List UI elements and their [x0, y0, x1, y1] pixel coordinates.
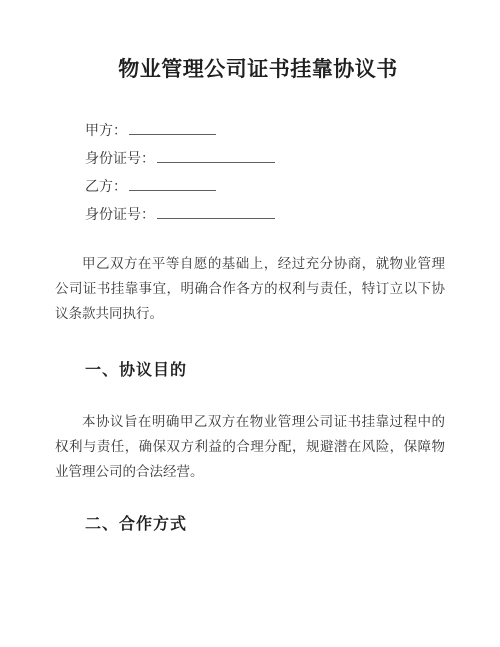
field-party-a-blank — [129, 119, 216, 135]
field-party-b-id-label: 身份证号： — [85, 208, 155, 223]
field-party-a-id-label: 身份证号： — [85, 152, 155, 167]
field-party-a-id: 身份证号： — [85, 146, 445, 174]
field-party-a-label: 甲方： — [85, 124, 127, 139]
section-1-body: 本协议旨在明确甲乙双方在物业管理公司证书挂靠过程中的权利与责任，确保双方利益的合… — [55, 409, 445, 484]
field-party-a: 甲方： — [85, 118, 445, 146]
section-2-heading: 二、合作方式 — [55, 512, 445, 538]
field-party-b-id: 身份证号： — [85, 202, 445, 230]
field-party-b-id-blank — [157, 203, 275, 219]
field-party-b-label: 乙方： — [85, 180, 127, 195]
document-title: 物业管理公司证书挂靠协议书 — [71, 57, 445, 83]
field-party-a-id-blank — [157, 147, 275, 163]
field-party-b-blank — [129, 175, 216, 191]
document-page: 物业管理公司证书挂靠协议书 甲方： 身份证号： 乙方： 身份证号： 甲乙双方在平… — [0, 0, 500, 647]
intro-paragraph: 甲乙双方在平等自愿的基础上，经过充分协商，就物业管理公司证书挂靠事宜，明确合作各… — [55, 251, 445, 326]
field-party-b: 乙方： — [85, 174, 445, 202]
party-info-block: 甲方： 身份证号： 乙方： 身份证号： — [55, 118, 445, 230]
section-1-heading: 一、协议目的 — [55, 358, 445, 384]
